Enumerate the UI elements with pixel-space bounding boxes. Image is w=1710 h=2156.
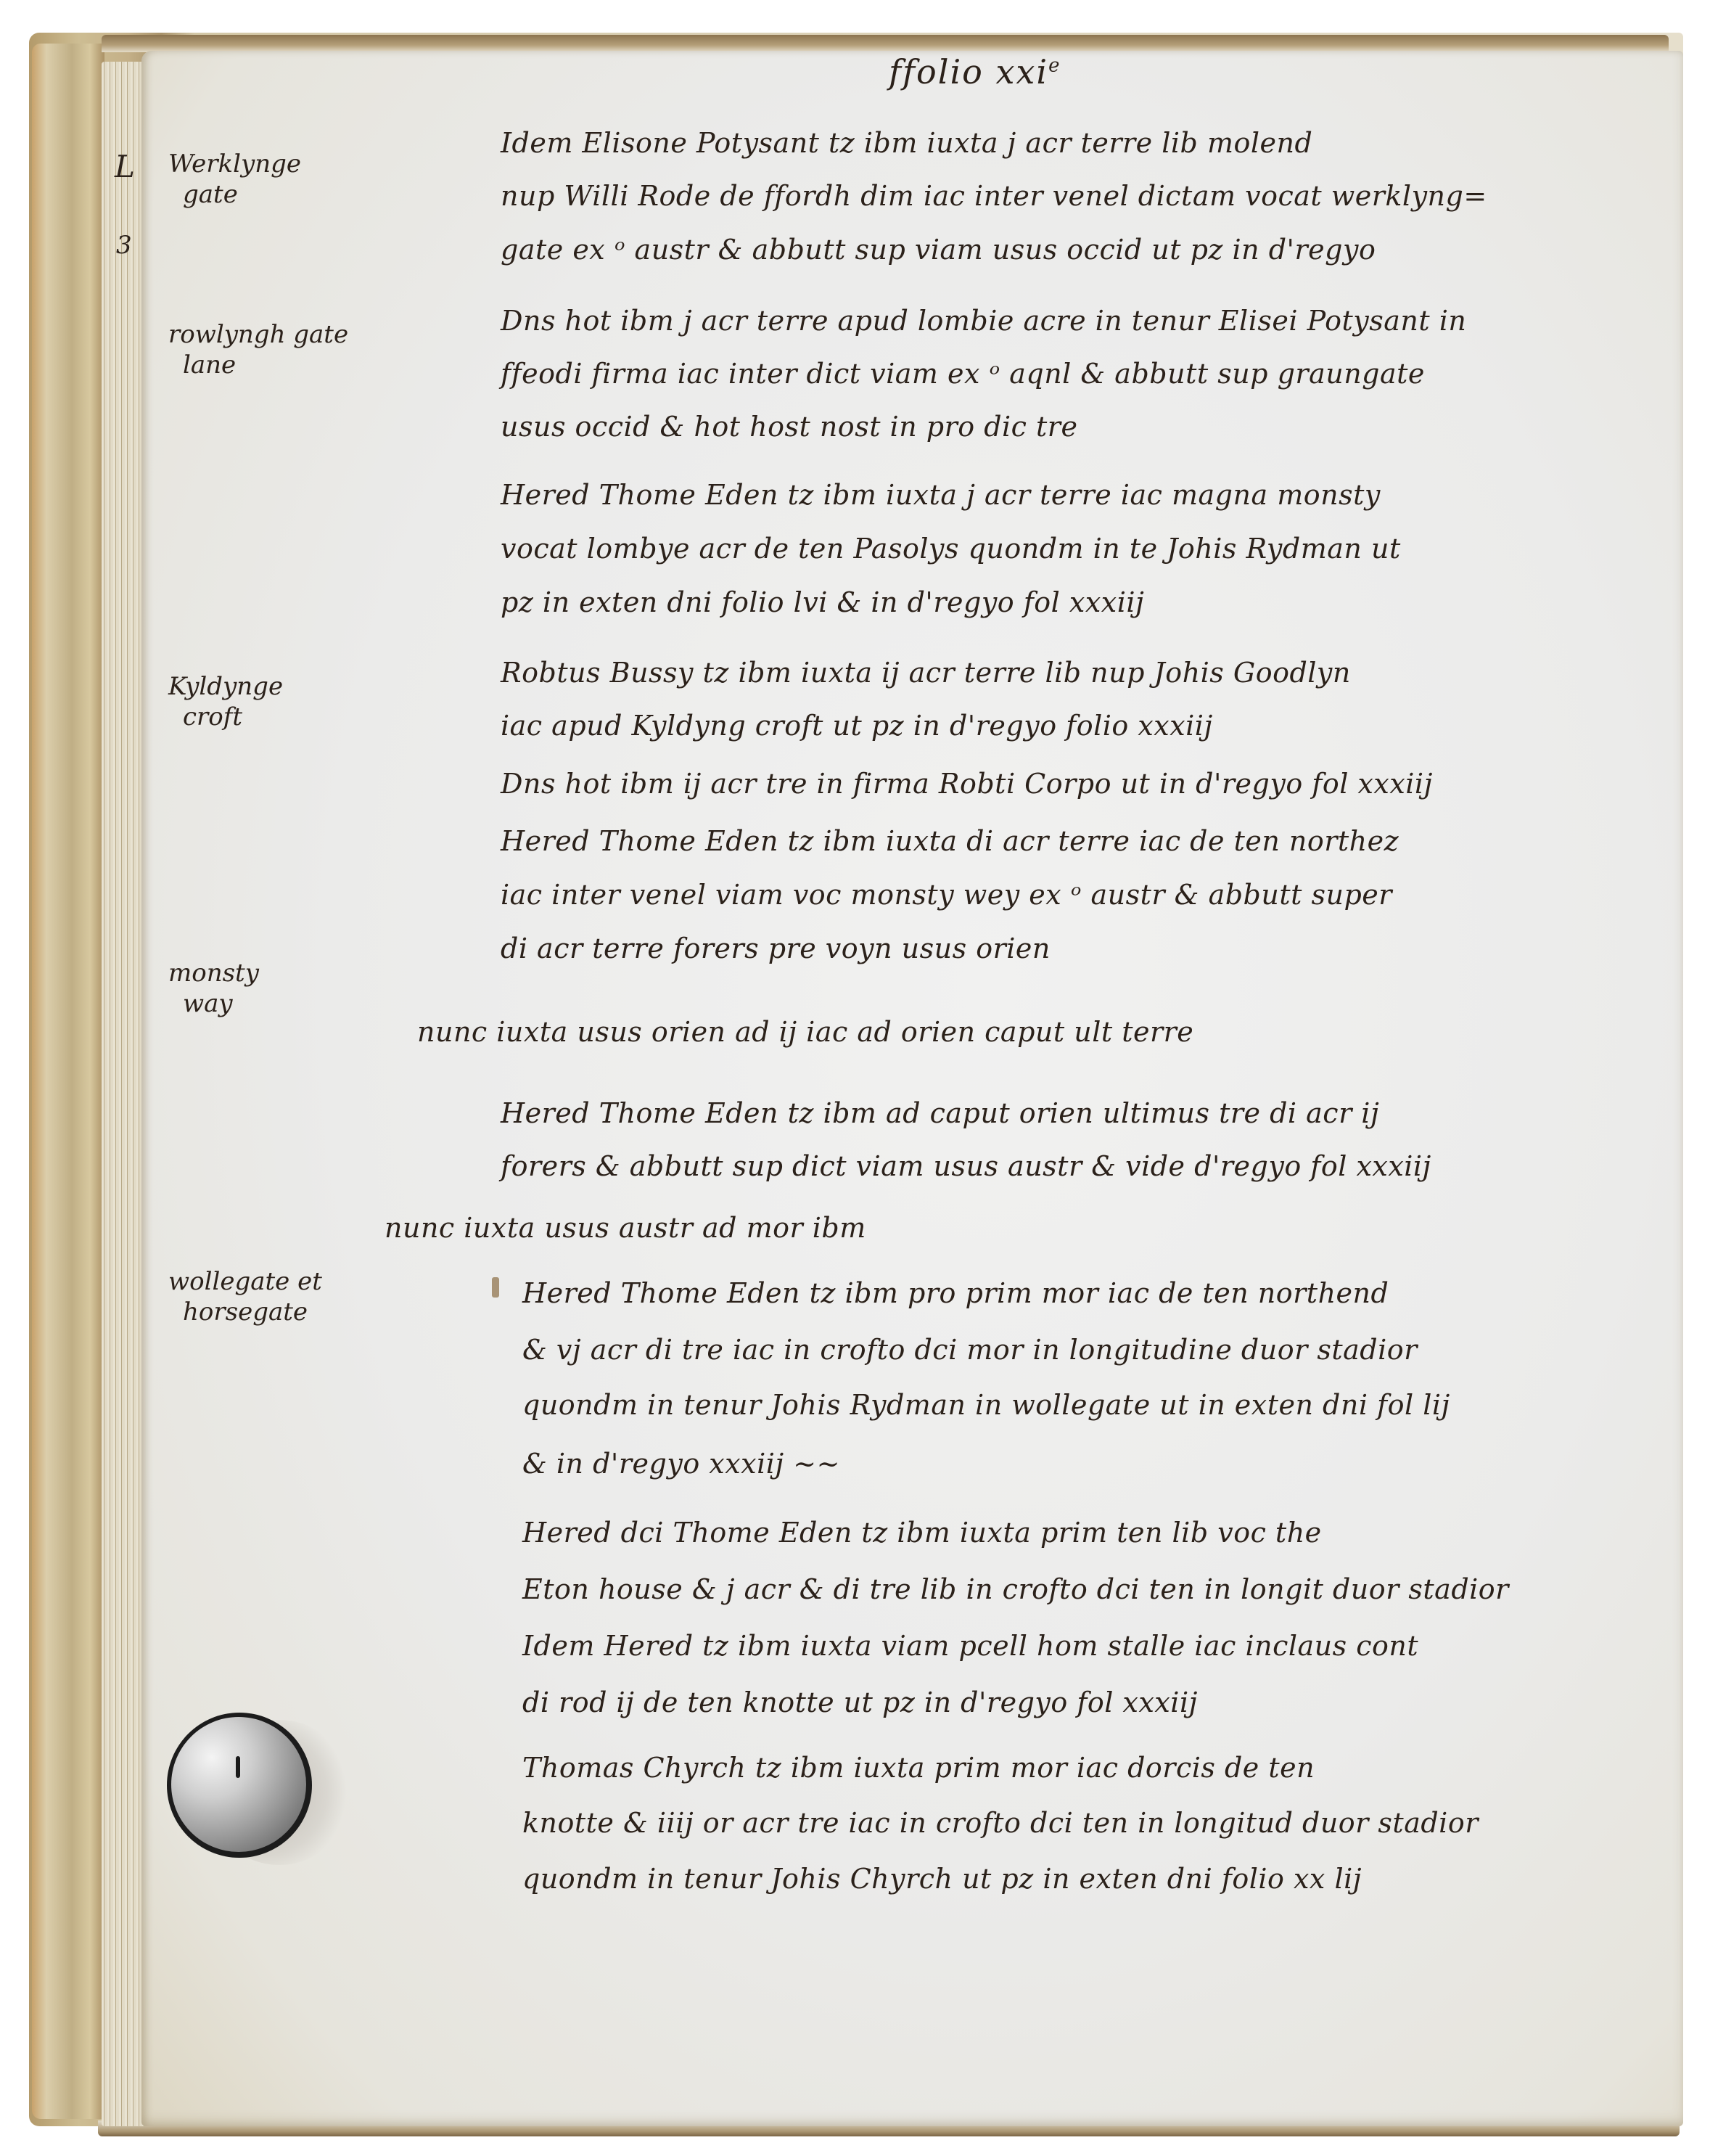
manuscript-line: Dns hot ibm j acr terre apud lombie acre… <box>501 305 1466 337</box>
lead-paperweight <box>167 1713 312 1865</box>
manuscript-line: pz in exten dni folio lvi & in d'regyo f… <box>501 586 1144 618</box>
margin-note-line: way <box>168 988 408 1019</box>
margin-note-line: rowlyngh gate <box>168 319 408 350</box>
manuscript-line: Thomas Chyrch tz ibm iuxta prim mor iac … <box>522 1752 1315 1784</box>
margin-note-kyldynge-croft: Kyldyngecroft <box>168 671 408 732</box>
manuscript-line: quondm in tenur Johis Rydman in wollegat… <box>522 1389 1450 1421</box>
manuscript-line: usus occid & hot host nost in pro dic tr… <box>501 411 1077 443</box>
margin-note-line: Werklynge <box>168 149 408 179</box>
margin-note-line: gate <box>168 179 408 210</box>
manuscript-line: Robtus Bussy tz ibm iuxta ij acr terre l… <box>501 657 1351 689</box>
manuscript-line: & vj acr di tre iac in crofto dci mor in… <box>522 1334 1418 1366</box>
manuscript-line: Hered Thome Eden tz ibm ad caput orien u… <box>501 1097 1379 1129</box>
margin-note-line: lane <box>168 350 408 380</box>
margin-note-monsty-way: monstyway <box>168 958 408 1019</box>
manuscript-line: nunc iuxta usus orien ad ij iac ad orien… <box>417 1016 1193 1048</box>
manuscript-line: Idem Elisone Potysant tz ibm iuxta j acr… <box>501 127 1312 159</box>
manuscript-line: knotte & iiij or acr tre iac in crofto d… <box>522 1807 1479 1839</box>
manuscript-line: di acr terre forers pre voyn usus orien <box>501 933 1051 964</box>
margin-note-line: wollegate et <box>168 1266 408 1297</box>
paperweight-notch <box>236 1756 240 1778</box>
margin-note-worklynge-gate: Werklyngegate <box>168 149 408 210</box>
gutter-mark-1: L <box>115 149 135 184</box>
manuscript-line: vocat lombye acr de ten Pasolys quondm i… <box>501 533 1401 565</box>
manuscript-line: ffeodi firma iac inter dict viam ex ᵒ aq… <box>501 358 1425 390</box>
manuscript-line: nunc iuxta usus austr ad mor ibm <box>385 1212 866 1244</box>
manuscript-line: Dns hot ibm ij acr tre in firma Robti Co… <box>501 768 1433 800</box>
manuscript-line: Hered Thome Eden tz ibm pro prim mor iac… <box>522 1277 1389 1309</box>
manuscript-line: iac apud Kyldyng croft ut pz in d'regyo … <box>501 710 1213 742</box>
manuscript-line: nup Willi Rode de ffordh dim iac inter v… <box>501 180 1487 212</box>
manuscript-line: Hered dci Thome Eden tz ibm iuxta prim t… <box>522 1517 1322 1549</box>
book-spine <box>32 44 104 2119</box>
margin-note-line: Kyldynge <box>168 671 408 702</box>
manuscript-line: & in d'regyo xxxiij ~~ <box>522 1448 840 1480</box>
manuscript-line: Hered Thome Eden tz ibm iuxta di acr ter… <box>501 825 1399 857</box>
folio-superscript: e <box>1048 55 1061 77</box>
margin-note-rowlyng-gate-lane: rowlyngh gatelane <box>168 319 408 380</box>
manuscript-line: Hered Thome Eden tz ibm iuxta j acr terr… <box>501 479 1381 511</box>
manuscript-line: Idem Hered tz ibm iuxta viam pcell hom s… <box>522 1630 1418 1662</box>
folio-label: ffolio xxi <box>889 52 1048 91</box>
folio-header: ffolio xxie <box>889 52 1061 91</box>
manuscript-line: quondm in tenur Johis Chyrch ut pz in ex… <box>522 1863 1362 1895</box>
margin-note-wollegate-et-horsegate: wollegate ethorsegate <box>168 1266 408 1327</box>
gutter-mark-2: 3 <box>116 231 132 260</box>
margin-note-line: croft <box>168 702 408 732</box>
manuscript-line: di rod ij de ten knotte ut pz in d'regyo… <box>522 1686 1198 1718</box>
manuscript-line: gate ex ᵒ austr & abbutt sup viam usus o… <box>501 234 1376 266</box>
paraph-mark <box>492 1277 499 1298</box>
book-top-edge <box>102 35 1669 52</box>
manuscript-line: Eton house & j acr & di tre lib in croft… <box>522 1573 1509 1605</box>
paperweight-face <box>171 1717 306 1852</box>
manuscript-line: iac inter venel viam voc monsty wey ex ᵒ… <box>501 879 1392 911</box>
margin-note-line: horsegate <box>168 1297 408 1327</box>
margin-note-line: monsty <box>168 958 408 988</box>
page-stack-edges <box>102 62 145 2126</box>
manuscript-line: forers & abbutt sup dict viam usus austr… <box>501 1150 1431 1182</box>
